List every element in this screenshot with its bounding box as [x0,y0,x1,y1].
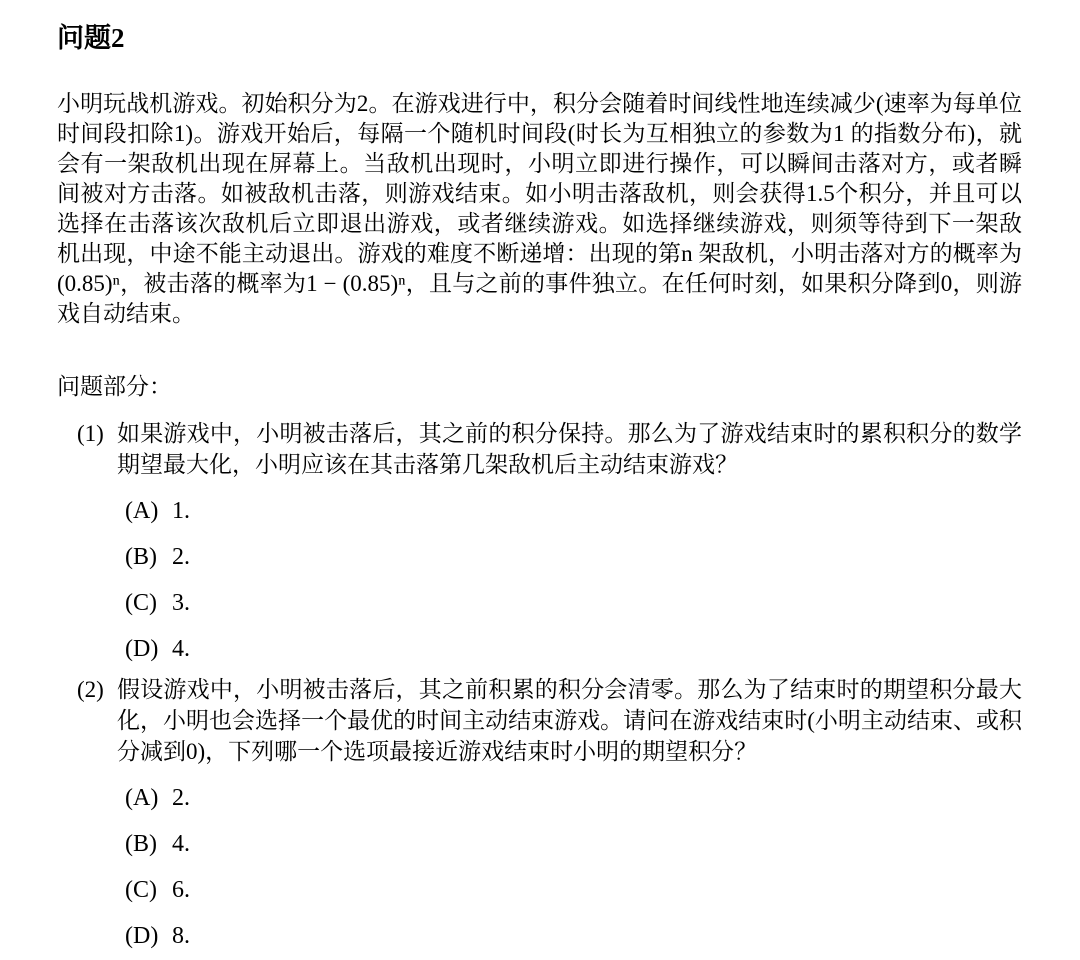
question-2-option-c: (C) 6. [125,877,1022,903]
question-2-number: (2) [77,674,117,705]
option-label: (C) [125,590,172,616]
option-label: (B) [125,831,172,857]
question-1-options: (A) 1. (B) 2. (C) 3. (D) 4. [125,480,1022,664]
option-value: 6. [172,877,190,903]
problem-statement: 小明玩战机游戏。初始积分为2。在游戏进行中，积分会随着时间线性地连续减少(速率为… [57,89,1022,329]
option-label: (A) [125,785,172,811]
option-value: 1. [172,498,190,524]
question-2-option-a: (A) 2. [125,785,1022,811]
question-1: (1) 如果游戏中，小明被击落后，其之前的积分保持。那么为了游戏结束时的累积积分… [57,418,1022,480]
question-1-text: 如果游戏中，小明被击落后，其之前的积分保持。那么为了游戏结束时的累积积分的数学期… [117,418,1022,480]
question-1-option-b: (B) 2. [125,544,1022,570]
question-2-option-d: (D) 8. [125,923,1022,949]
question-1-option-a: (A) 1. [125,498,1022,524]
question-2-text: 假设游戏中，小明被击落后，其之前积累的积分会清零。那么为了结束时的期望积分最大化… [117,674,1022,767]
option-label: (A) [125,498,172,524]
option-value: 2. [172,785,190,811]
option-value: 8. [172,923,190,949]
page-title: 问题2 [57,25,1022,52]
option-value: 4. [172,831,190,857]
option-label: (B) [125,544,172,570]
question-1-option-c: (C) 3. [125,590,1022,616]
option-value: 3. [172,590,190,616]
question-2-option-b: (B) 4. [125,831,1022,857]
option-value: 4. [172,636,190,662]
section-label: 问题部分： [57,372,1022,402]
question-2-options: (A) 2. (B) 4. (C) 6. (D) 8. [125,767,1022,951]
option-value: 2. [172,544,190,570]
question-1-number: (1) [77,418,117,449]
option-label: (C) [125,877,172,903]
question-1-option-d: (D) 4. [125,636,1022,662]
option-label: (D) [125,636,172,662]
question-2: (2) 假设游戏中，小明被击落后，其之前积累的积分会清零。那么为了结束时的期望积… [57,674,1022,767]
document-page: 问题2 小明玩战机游戏。初始积分为2。在游戏进行中，积分会随着时间线性地连续减少… [0,0,1080,960]
option-label: (D) [125,923,172,949]
